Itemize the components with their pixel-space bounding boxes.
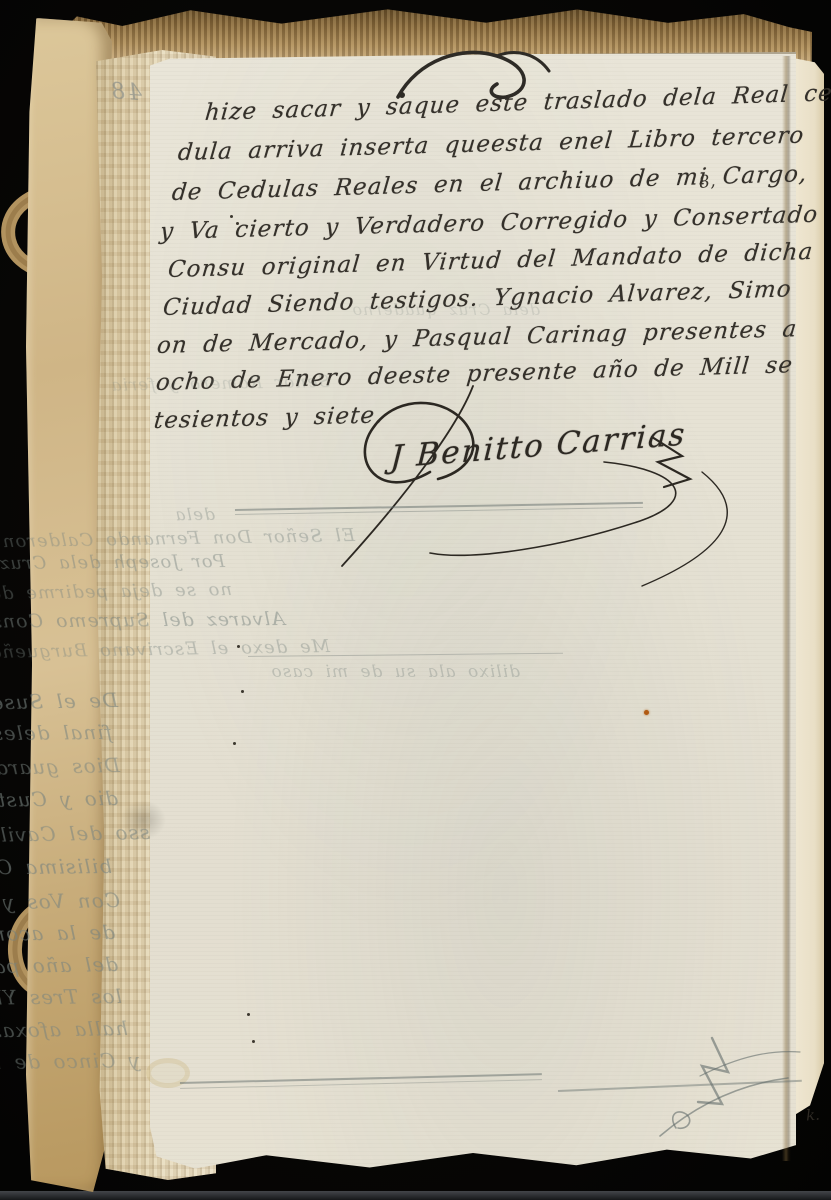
ghost-rubric-flourish <box>0 0 831 1200</box>
corner-ink-mark: k. <box>805 1106 820 1125</box>
manuscript-photo: 48 hize sacar y saque este traslado dela… <box>0 0 831 1200</box>
page-content: 48 hize sacar y saque este traslado dela… <box>0 0 831 1200</box>
